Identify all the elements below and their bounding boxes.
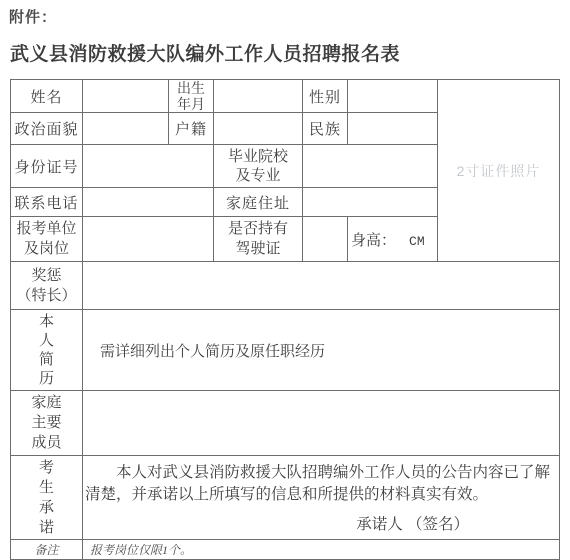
gender-value-cell (348, 80, 438, 113)
name-value-cell (83, 80, 169, 113)
household-value-cell (214, 113, 303, 145)
row-pledge: 考 生 承 诺 本人对武义县消防救援大队招聘编外工作人员的公告内容已了解 清楚，… (11, 456, 560, 540)
row-family: 家庭 主要 成员 (11, 391, 560, 456)
id-number-value-cell (83, 145, 214, 188)
birth-label: 出生 年月 (169, 80, 214, 113)
row-notes: 备注 报考岗位仅限1个。 (11, 540, 560, 560)
attachment-label: 附件： (9, 6, 570, 27)
awards-label: 奖惩 （特长） (11, 262, 83, 310)
pledge-label: 考 生 承 诺 (11, 456, 83, 540)
photo-placeholder-cell: 2寸证件照片 (438, 80, 560, 262)
family-members-label: 家庭 主要 成员 (11, 391, 83, 456)
drivers-license-label: 是否持有 驾驶证 (214, 217, 303, 262)
birth-value-cell (214, 80, 303, 113)
notes-text: 报考岗位仅限1个。 (83, 540, 560, 560)
resume-label: 本 人 简 历 (11, 310, 83, 391)
school-major-label: 毕业院校 及专业 (214, 145, 303, 188)
resume-hint-text: 需详细列出个人简历及原任职经历 (83, 310, 560, 391)
home-address-label: 家庭住址 (214, 188, 303, 217)
height-unit-label: CM (409, 234, 425, 249)
home-address-value-cell (303, 188, 438, 217)
pledge-content-cell: 本人对武义县消防救援大队招聘编外工作人员的公告内容已了解 清楚，并承诺以上所填写… (83, 456, 560, 540)
household-label: 户籍 (169, 113, 214, 145)
application-form-table: 姓名 出生 年月 性别 2寸证件照片 政治面貌 户籍 民族 身份证号 毕业院校 … (10, 79, 560, 560)
unit-position-label: 报考单位 及岗位 (11, 217, 83, 262)
pledge-signer-line: 承诺人 （签名） (85, 512, 557, 534)
height-cell: 身高：CM (348, 217, 438, 262)
pledge-text: 本人对武义县消防救援大队招聘编外工作人员的公告内容已了解 清楚，并承诺以上所填写… (85, 462, 557, 506)
awards-value-cell (83, 262, 560, 310)
unit-position-value-cell (83, 217, 214, 262)
row-name-birth-gender: 姓名 出生 年月 性别 2寸证件照片 (11, 80, 560, 113)
row-awards: 奖惩 （特长） (11, 262, 560, 310)
ethnicity-value-cell (348, 113, 438, 145)
political-status-label: 政治面貌 (11, 113, 83, 145)
phone-label: 联系电话 (11, 188, 83, 217)
name-label: 姓名 (11, 80, 83, 113)
ethnicity-label: 民族 (303, 113, 348, 145)
phone-value-cell (83, 188, 214, 217)
page-title: 武义县消防救援大队编外工作人员招聘报名表 (10, 39, 570, 66)
gender-label: 性别 (303, 80, 348, 113)
height-label: 身高： (351, 232, 396, 249)
notes-label: 备注 (11, 540, 83, 560)
school-major-value-cell (303, 145, 438, 188)
id-number-label: 身份证号 (11, 145, 83, 188)
political-status-value-cell (83, 113, 169, 145)
family-members-value-cell (83, 391, 560, 456)
drivers-license-value-cell (303, 217, 348, 262)
row-resume: 本 人 简 历 需详细列出个人简历及原任职经历 (11, 310, 560, 391)
